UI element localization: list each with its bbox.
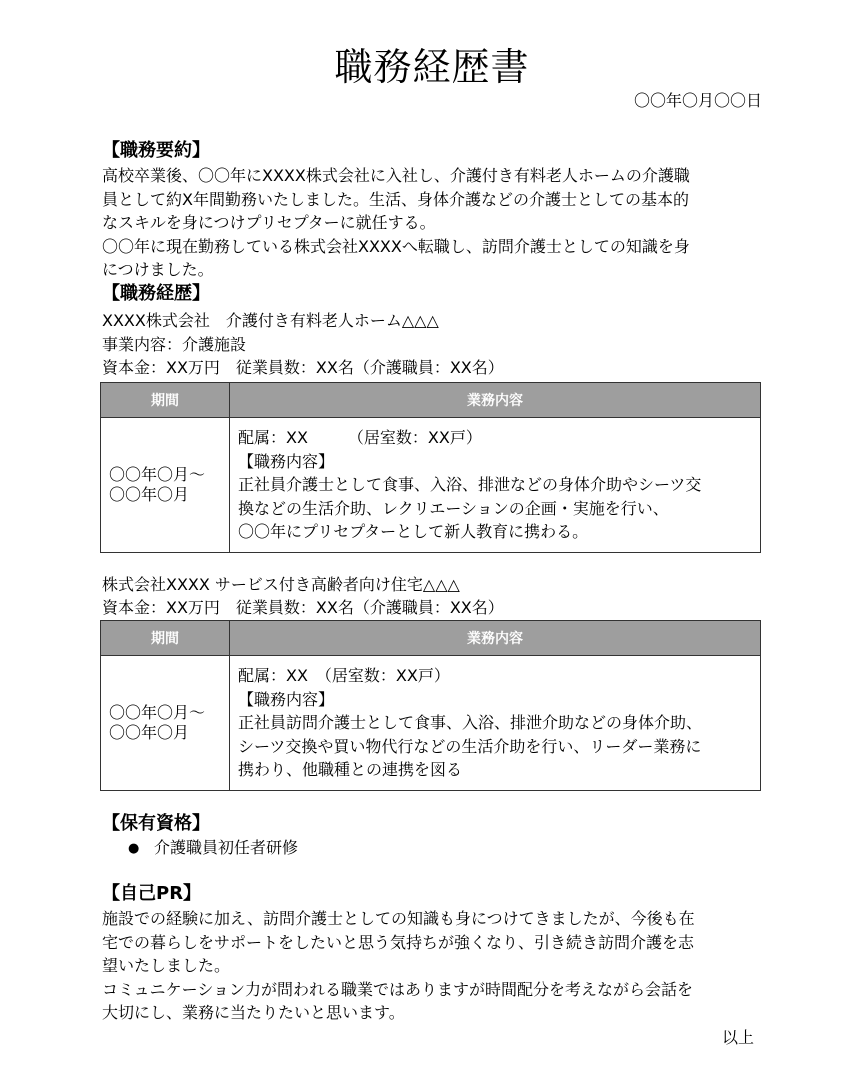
company-1-capital: 資本金：XX万円 従業員数：XX名（介護職員：XX名） [102, 356, 504, 379]
period-start: 〇〇年〇月～ [109, 465, 229, 485]
summary-text: 高校卒業後、〇〇年にXXXX株式会社に入社し、介護付き有料老人ホームの介護職 員… [102, 164, 762, 282]
self-pr-line: 大切にし、業務に当たりたいと思います。 [102, 1001, 762, 1025]
company-1-name: XXXX株式会社 介護付き有料老人ホーム△△△ [102, 309, 439, 332]
duties-line: 換などの生活介助、レクリエーションの企画・実施を行い、 [238, 497, 752, 521]
duties-line: 正社員訪問介護士として食事、入浴、排泄介助などの身体介助、 [238, 711, 752, 735]
summary-line: につけました。 [102, 258, 762, 282]
table-header-row: 期間 業務内容 [101, 383, 761, 418]
header-period: 期間 [101, 383, 230, 418]
self-pr-text: 施設での経験に加え、訪問介護士としての知識も身につけてきましたが、今後も在 宅で… [102, 907, 762, 1025]
period-start: 〇〇年〇月～ [109, 703, 229, 723]
career-heading: 【職務経歴】 [102, 282, 210, 306]
summary-line: なスキルを身につけプリセプターに就任する。 [102, 211, 762, 235]
period-end: 〇〇年〇月 [109, 723, 229, 743]
closing-mark: 以上 [722, 1025, 754, 1048]
period-cell: 〇〇年〇月～ 〇〇年〇月 [101, 656, 230, 791]
document-title: 職務経歴書 [0, 36, 864, 91]
company-1-business: 事業内容：介護施設 [102, 333, 246, 356]
duties-line: 携わり、他職種との連携を図る [238, 758, 752, 782]
self-pr-heading: 【自己PR】 [102, 882, 201, 906]
self-pr-line: 望いたしました。 [102, 954, 762, 978]
duties-line: シーツ交換や買い物代行などの生活介助を行い、リーダー業務に [238, 735, 752, 759]
document-date: 〇〇年〇月〇〇日 [634, 88, 762, 111]
self-pr-line: 宅での暮らしをサポートをしたいと思う気持ちが強くなり、引き続き訪問介護を志 [102, 931, 762, 955]
summary-line: 員として約X年間勤務いたしました。生活、身体介護などの介護士としての基本的 [102, 188, 762, 212]
career-table-1: 期間 業務内容 〇〇年〇月～ 〇〇年〇月 配属：XX （居室数：XX戸） 【職務… [100, 382, 761, 553]
table-row: 〇〇年〇月～ 〇〇年〇月 配属：XX （居室数：XX戸） 【職務内容】 正社員介… [101, 418, 761, 553]
header-duties: 業務内容 [230, 621, 761, 656]
table-header-row: 期間 業務内容 [101, 621, 761, 656]
period-end: 〇〇年〇月 [109, 485, 229, 505]
bullet-icon: ● [128, 838, 154, 860]
qualifications-heading: 【保有資格】 [102, 812, 210, 836]
duties-cell: 配属：XX （居室数：XX戸） 【職務内容】 正社員訪問介護士として食事、入浴、… [230, 656, 761, 791]
duties-line: 〇〇年にプリセプターとして新人教育に携わる。 [238, 520, 752, 544]
resume-page: 職務経歴書 〇〇年〇月〇〇日 【職務要約】 高校卒業後、〇〇年にXXXX株式会社… [0, 0, 864, 1078]
header-duties: 業務内容 [230, 383, 761, 418]
duties-cell: 配属：XX （居室数：XX戸） 【職務内容】 正社員介護士として食事、入浴、排泄… [230, 418, 761, 553]
table-row: 〇〇年〇月～ 〇〇年〇月 配属：XX （居室数：XX戸） 【職務内容】 正社員訪… [101, 656, 761, 791]
header-period: 期間 [101, 621, 230, 656]
duties-line: 正社員介護士として食事、入浴、排泄などの身体介助やシーツ交 [238, 473, 752, 497]
assignment: 配属：XX （居室数：XX戸） [238, 664, 752, 688]
assignment: 配属：XX （居室数：XX戸） [238, 426, 752, 450]
career-table-2: 期間 業務内容 〇〇年〇月～ 〇〇年〇月 配属：XX （居室数：XX戸） 【職務… [100, 620, 761, 791]
company-2-name: 株式会社XXXX サービス付き高齢者向け住宅△△△ [102, 573, 460, 596]
qualification-item: ●介護職員初任者研修 [128, 837, 298, 860]
qualification-label: 介護職員初任者研修 [154, 838, 298, 857]
self-pr-line: コミュニケーション力が問われる職業ではありますが時間配分を考えながら会話を [102, 978, 762, 1002]
summary-line: 〇〇年に現在勤務している株式会社XXXXへ転職し、訪問介護士としての知識を身 [102, 235, 762, 259]
duties-label: 【職務内容】 [238, 688, 752, 712]
summary-heading: 【職務要約】 [102, 139, 210, 163]
self-pr-line: 施設での経験に加え、訪問介護士としての知識も身につけてきましたが、今後も在 [102, 907, 762, 931]
period-cell: 〇〇年〇月～ 〇〇年〇月 [101, 418, 230, 553]
summary-line: 高校卒業後、〇〇年にXXXX株式会社に入社し、介護付き有料老人ホームの介護職 [102, 164, 762, 188]
company-2-capital: 資本金：XX万円 従業員数：XX名（介護職員：XX名） [102, 596, 504, 619]
duties-label: 【職務内容】 [238, 450, 752, 474]
